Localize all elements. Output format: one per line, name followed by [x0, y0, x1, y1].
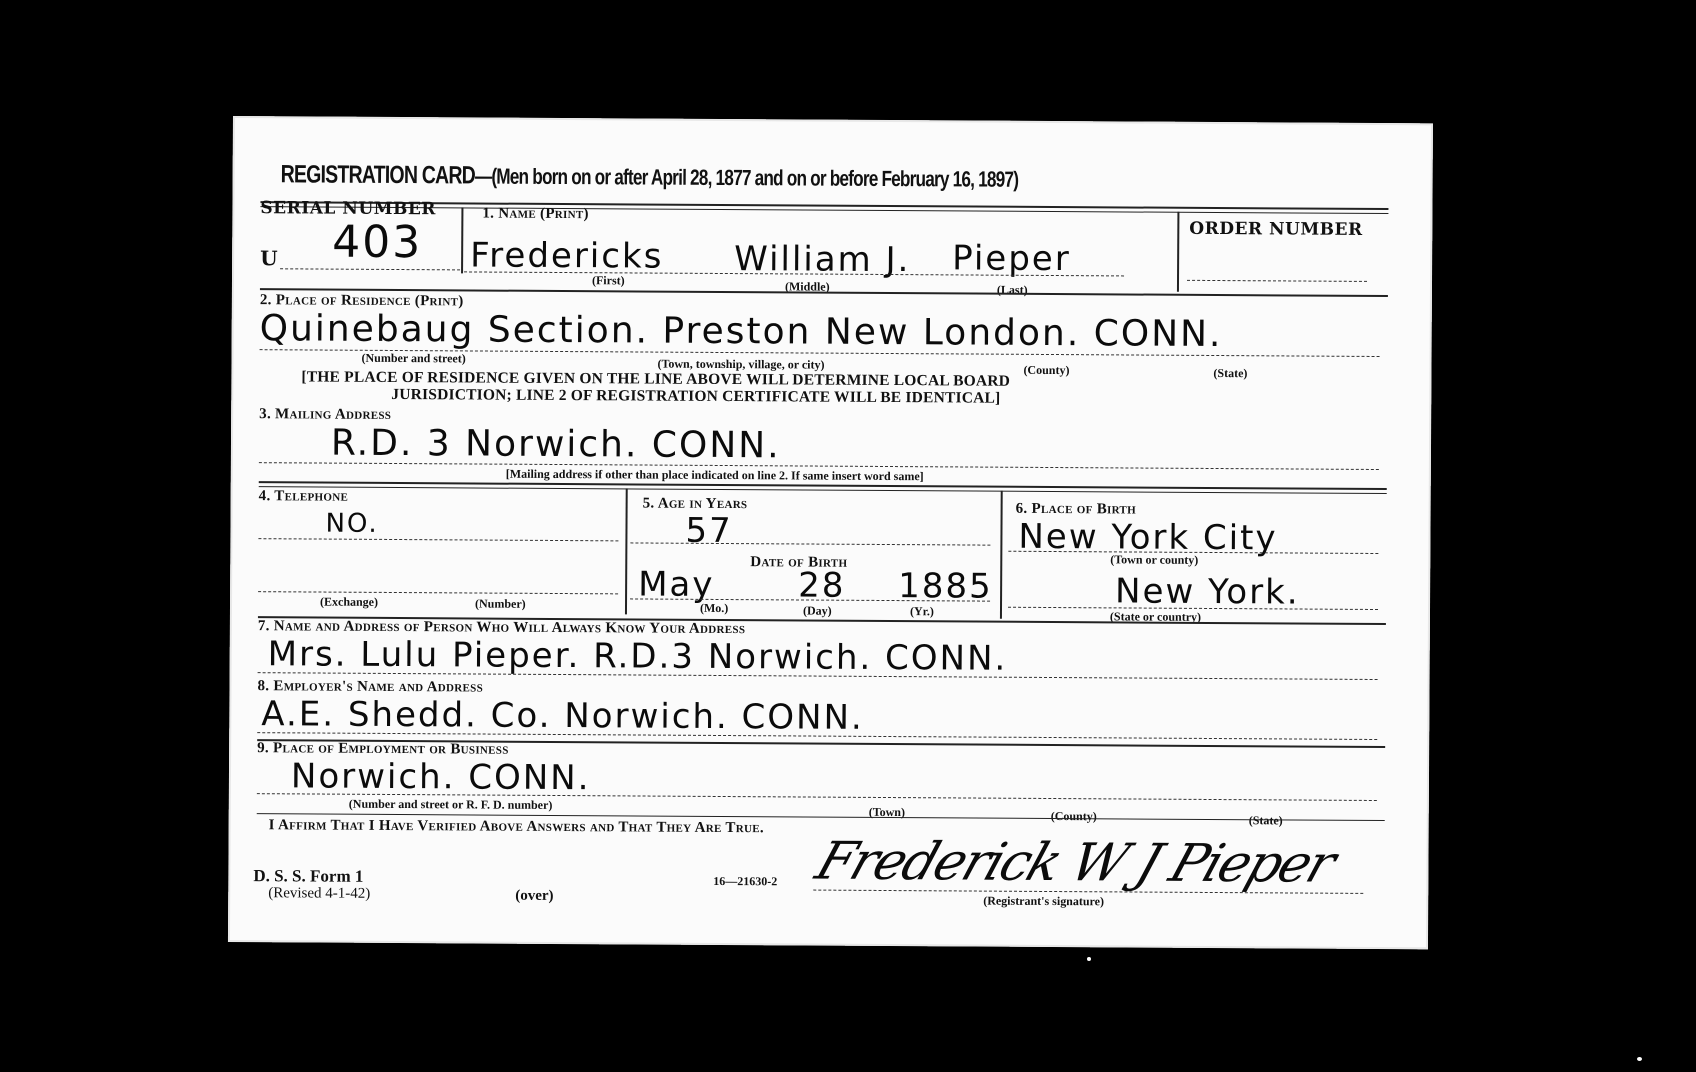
telephone-number-caption: (Number) [475, 596, 526, 611]
residence-notice-line2: JURISDICTION; LINE 2 OF REGISTRATION CER… [391, 386, 1000, 408]
employer-value: A.E. Shedd. Co. Norwich. CONN. [261, 694, 864, 738]
name-first-caption: (First) [592, 273, 625, 288]
serial-line [280, 268, 460, 270]
order-number-label: ORDER NUMBER [1189, 219, 1362, 240]
dob-day-caption: (Day) [803, 603, 832, 618]
telephone-divider [625, 488, 628, 614]
name-last: Pieper [952, 238, 1071, 279]
name-last-caption: (Last) [997, 283, 1028, 298]
card-subtitle: —(Men born on or after April 28, 1877 an… [475, 163, 1018, 191]
registrant-signature: Frederick W J Pieper [809, 832, 1342, 895]
employment-street-caption: (Number and street or R. F. D. number) [349, 797, 553, 813]
age-value: 57 [685, 511, 733, 551]
telephone-label: 4. Telephone [259, 488, 349, 506]
registration-card: REGISTRATION CARD—(Men born on or after … [228, 116, 1433, 949]
residence-value: Quinebaug Section. Preston New London. C… [260, 308, 1223, 355]
mailing-caption: [Mailing address if other than place ind… [506, 467, 924, 485]
birthplace-state: New York. [1115, 571, 1300, 612]
birthplace-town-caption: (Town or county) [1110, 552, 1198, 568]
serial-prefix: U [260, 246, 278, 270]
name-label: 1. Name (Print) [482, 206, 589, 224]
dob-month-caption: (Mo.) [700, 601, 728, 616]
serial-number-value: 403 [332, 217, 422, 269]
form-over: (over) [515, 888, 553, 905]
residence-street-caption: (Number and street) [361, 351, 465, 367]
residence-state-caption: (State) [1213, 366, 1247, 381]
card-title: REGISTRATION CARD—(Men born on or after … [281, 160, 1019, 194]
name-first: Fredericks [470, 235, 664, 276]
telephone-line-2 [258, 591, 618, 594]
signature-caption: (Registrant's signature) [983, 894, 1104, 910]
serial-divider [461, 207, 463, 273]
employment-state-caption: (State) [1249, 813, 1283, 828]
residence-county-caption: (County) [1023, 363, 1069, 378]
birthplace-label: 6. Place of Birth [1016, 501, 1136, 519]
form-revised: (Revised 4-1-42) [268, 885, 370, 903]
dob-divider [1000, 491, 1003, 619]
telephone-value: NO. [325, 509, 378, 539]
scan-artifact [1087, 957, 1091, 961]
order-number-line [1187, 280, 1367, 282]
scan-artifact [1637, 1057, 1642, 1061]
card-title-text: REGISTRATION CARD [281, 160, 476, 189]
employment-value: Norwich. CONN. [291, 756, 591, 798]
mailing-label: 3. Mailing Address [259, 406, 391, 424]
order-divider [1177, 212, 1179, 292]
form-code: 16—21630-2 [713, 874, 777, 889]
affirmation-text: I Affirm That I Have Verified Above Answ… [269, 817, 764, 837]
telephone-line-1 [258, 538, 618, 541]
employment-county-caption: (County) [1051, 809, 1097, 824]
mailing-value: R.D. 3 Norwich. CONN. [331, 423, 781, 467]
form-name: D. S. S. Form 1 [253, 866, 363, 887]
dob-year-caption: (Yr.) [910, 604, 934, 619]
telephone-exchange-caption: (Exchange) [320, 595, 378, 610]
